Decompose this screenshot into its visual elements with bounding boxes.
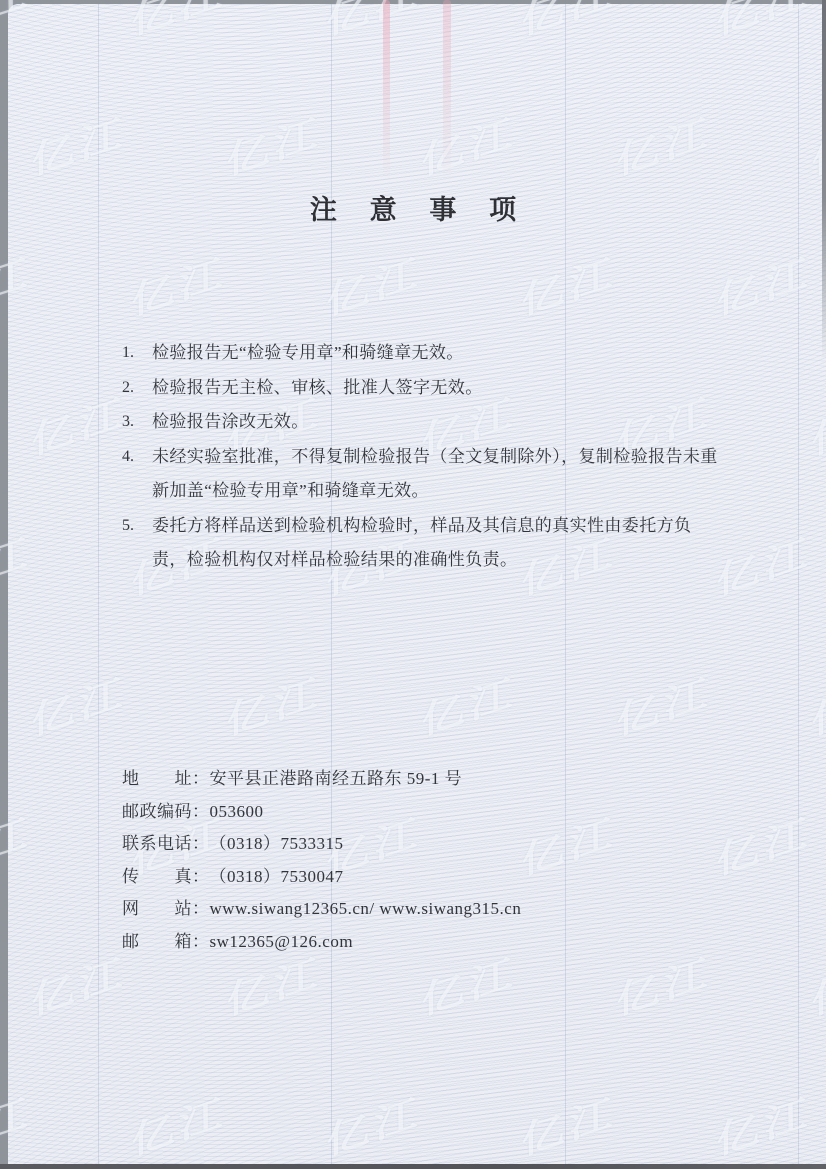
page-title: 注 意 事 项	[0, 188, 826, 227]
contact-label: 传 真：	[122, 861, 210, 894]
note-number: 4.	[122, 440, 152, 475]
note-number: 5.	[122, 509, 152, 544]
note-text: 检验报告无主检、审核、批准人签字无效。	[152, 371, 722, 406]
paper-sheet	[8, 4, 826, 1164]
note-item: 5. 委托方将样品送到检验机构检验时，样品及其信息的真实性由委托方负责，检验机构…	[122, 509, 722, 578]
note-text: 检验报告无“检验专用章”和骑缝章无效。	[152, 336, 722, 371]
contact-value: sw12365@126.com	[210, 926, 354, 959]
contact-address: 地 址：安平县正港路南经五路东 59-1 号	[122, 763, 682, 796]
contact-postcode: 邮政编码：053600	[122, 796, 682, 829]
scan-edge-right	[822, 0, 826, 360]
contact-phone: 联系电话：（0318）7533315	[122, 828, 682, 861]
contact-value: www.siwang12365.cn/ www.siwang315.cn	[210, 893, 522, 926]
note-item: 3. 检验报告涂改无效。	[122, 405, 722, 440]
contact-label: 地 址：	[122, 763, 210, 796]
contact-label: 邮 箱：	[122, 926, 210, 959]
note-number: 3.	[122, 405, 152, 440]
paper-pattern-seam	[798, 4, 799, 1164]
contact-label: 网 站：	[122, 893, 210, 926]
contact-value: 安平县正港路南经五路东 59-1 号	[210, 763, 463, 796]
paper-pattern-seam	[565, 4, 566, 1164]
note-text: 委托方将样品送到检验机构检验时，样品及其信息的真实性由委托方负责，检验机构仅对样…	[152, 509, 722, 578]
contact-email: 邮 箱：sw12365@126.com	[122, 926, 682, 959]
contact-block: 地 址：安平县正港路南经五路东 59-1 号 邮政编码：053600 联系电话：…	[122, 763, 682, 958]
contact-value: （0318）7533315	[210, 828, 344, 861]
contact-value: （0318）7530047	[210, 861, 344, 894]
paper-pattern-seam	[98, 4, 99, 1164]
notes-list: 1. 检验报告无“检验专用章”和骑缝章无效。 2. 检验报告无主检、审核、批准人…	[122, 336, 722, 578]
note-number: 1.	[122, 336, 152, 371]
paper-pattern-seam	[331, 4, 332, 1164]
contact-value: 053600	[210, 796, 264, 829]
note-item: 2. 检验报告无主检、审核、批准人签字无效。	[122, 371, 722, 406]
note-item: 1. 检验报告无“检验专用章”和骑缝章无效。	[122, 336, 722, 371]
note-text: 未经实验室批准，不得复制检验报告（全文复制除外），复制检验报告未重新加盖“检验专…	[152, 440, 722, 509]
scan-edge-bottom	[0, 1164, 826, 1169]
contact-label: 联系电话：	[122, 828, 210, 861]
scan-streak	[383, 0, 390, 185]
scanned-notice-page: { "page": { "title": "注 意 事 项", "notes":…	[0, 0, 826, 1169]
note-text: 检验报告涂改无效。	[152, 405, 722, 440]
note-item: 4. 未经实验室批准，不得复制检验报告（全文复制除外），复制检验报告未重新加盖“…	[122, 440, 722, 509]
contact-fax: 传 真：（0318）7530047	[122, 861, 682, 894]
scan-streak	[443, 0, 451, 185]
contact-label: 邮政编码：	[122, 796, 210, 829]
contact-website: 网 站：www.siwang12365.cn/ www.siwang315.cn	[122, 893, 682, 926]
note-number: 2.	[122, 371, 152, 406]
